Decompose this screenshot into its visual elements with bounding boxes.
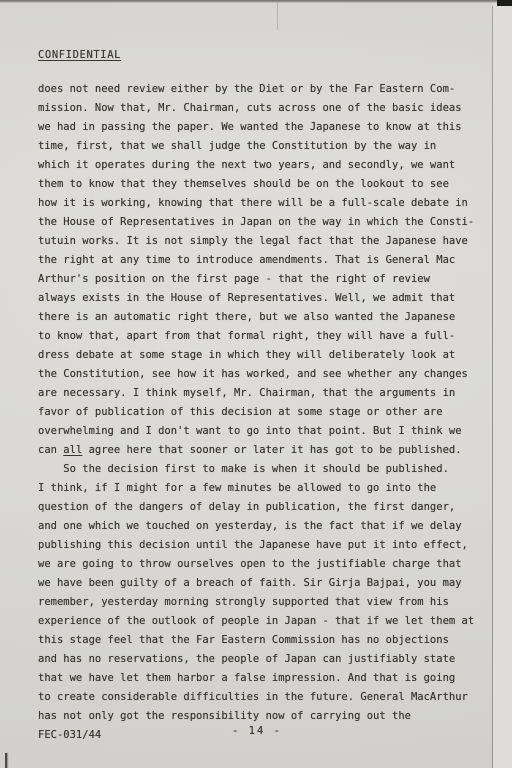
document-line: mission. Now that, Mr. Chairman, cuts ac… [38, 99, 478, 118]
scan-top-edge [0, 0, 512, 3]
scan-corner-mark [497, 0, 512, 6]
document-line: favor of publication of this decision at… [38, 403, 478, 422]
document-line: question of the dangers of delay in publ… [38, 498, 478, 517]
document-body: does not need review either by the Diet … [38, 80, 478, 726]
document-line: tutuin works. It is not simply the legal… [38, 232, 478, 251]
document-line: the House of Representatives in Japan on… [38, 213, 478, 232]
document-line: has not only got the responsibility now … [38, 707, 478, 726]
document-line: can all agree here that sooner or later … [38, 441, 478, 460]
document-line: time, first, that we shall judge the Con… [38, 137, 478, 156]
document-line: to know that, apart from that formal rig… [38, 327, 478, 346]
document-line: them to know that they themselves should… [38, 175, 478, 194]
document-line: that we have let them harbor a false imp… [38, 669, 478, 688]
document-line: So the decision first to make is when it… [38, 460, 478, 479]
document-number: FEC-031/44 [38, 729, 101, 741]
page-edge-line [492, 6, 493, 768]
document-line: experience of the outlook of people in J… [38, 612, 478, 631]
document-line: overwhelming and I don't want to go into… [38, 422, 478, 441]
document-line: this stage feel that the Far Eastern Com… [38, 631, 478, 650]
document-line: always exists in the House of Representa… [38, 289, 478, 308]
document-line: the right at any time to introduce amend… [38, 251, 478, 270]
page-right-margin [493, 3, 512, 768]
scan-fold-line [277, 0, 278, 30]
document-line: the Constitution, see how it has worked,… [38, 365, 478, 384]
page-number: - 14 - [232, 725, 282, 737]
document-line: we had in passing the paper. We wanted t… [38, 118, 478, 137]
document-line: does not need review either by the Diet … [38, 80, 478, 99]
document-line: dress debate at some stage in which they… [38, 346, 478, 365]
document-line: there is an automatic right there, but w… [38, 308, 478, 327]
document-line: how it is working, knowing that there wi… [38, 194, 478, 213]
document-line: I think, if I might for a few minutes be… [38, 479, 478, 498]
document-line: we have been guilty of a breach of faith… [38, 574, 478, 593]
classification-label: CONFIDENTIAL [38, 49, 121, 61]
document-line: and has no reservations, the people of J… [38, 650, 478, 669]
document-line: remember, yesterday morning strongly sup… [38, 593, 478, 612]
document-line: we are going to throw ourselves open to … [38, 555, 478, 574]
document-line: and one which we touched on yesterday, i… [38, 517, 478, 536]
document-page: CONFIDENTIAL does not need review either… [0, 0, 512, 768]
document-line: which it operates during the next two ye… [38, 156, 478, 175]
document-line: publishing this decision until the Japan… [38, 536, 478, 555]
document-line: to create considerable difficulties in t… [38, 688, 478, 707]
document-line: are necessary. I think myself, Mr. Chair… [38, 384, 478, 403]
document-line: Arthur's position on the first page - th… [38, 270, 478, 289]
scan-bottom-mark [5, 753, 7, 768]
